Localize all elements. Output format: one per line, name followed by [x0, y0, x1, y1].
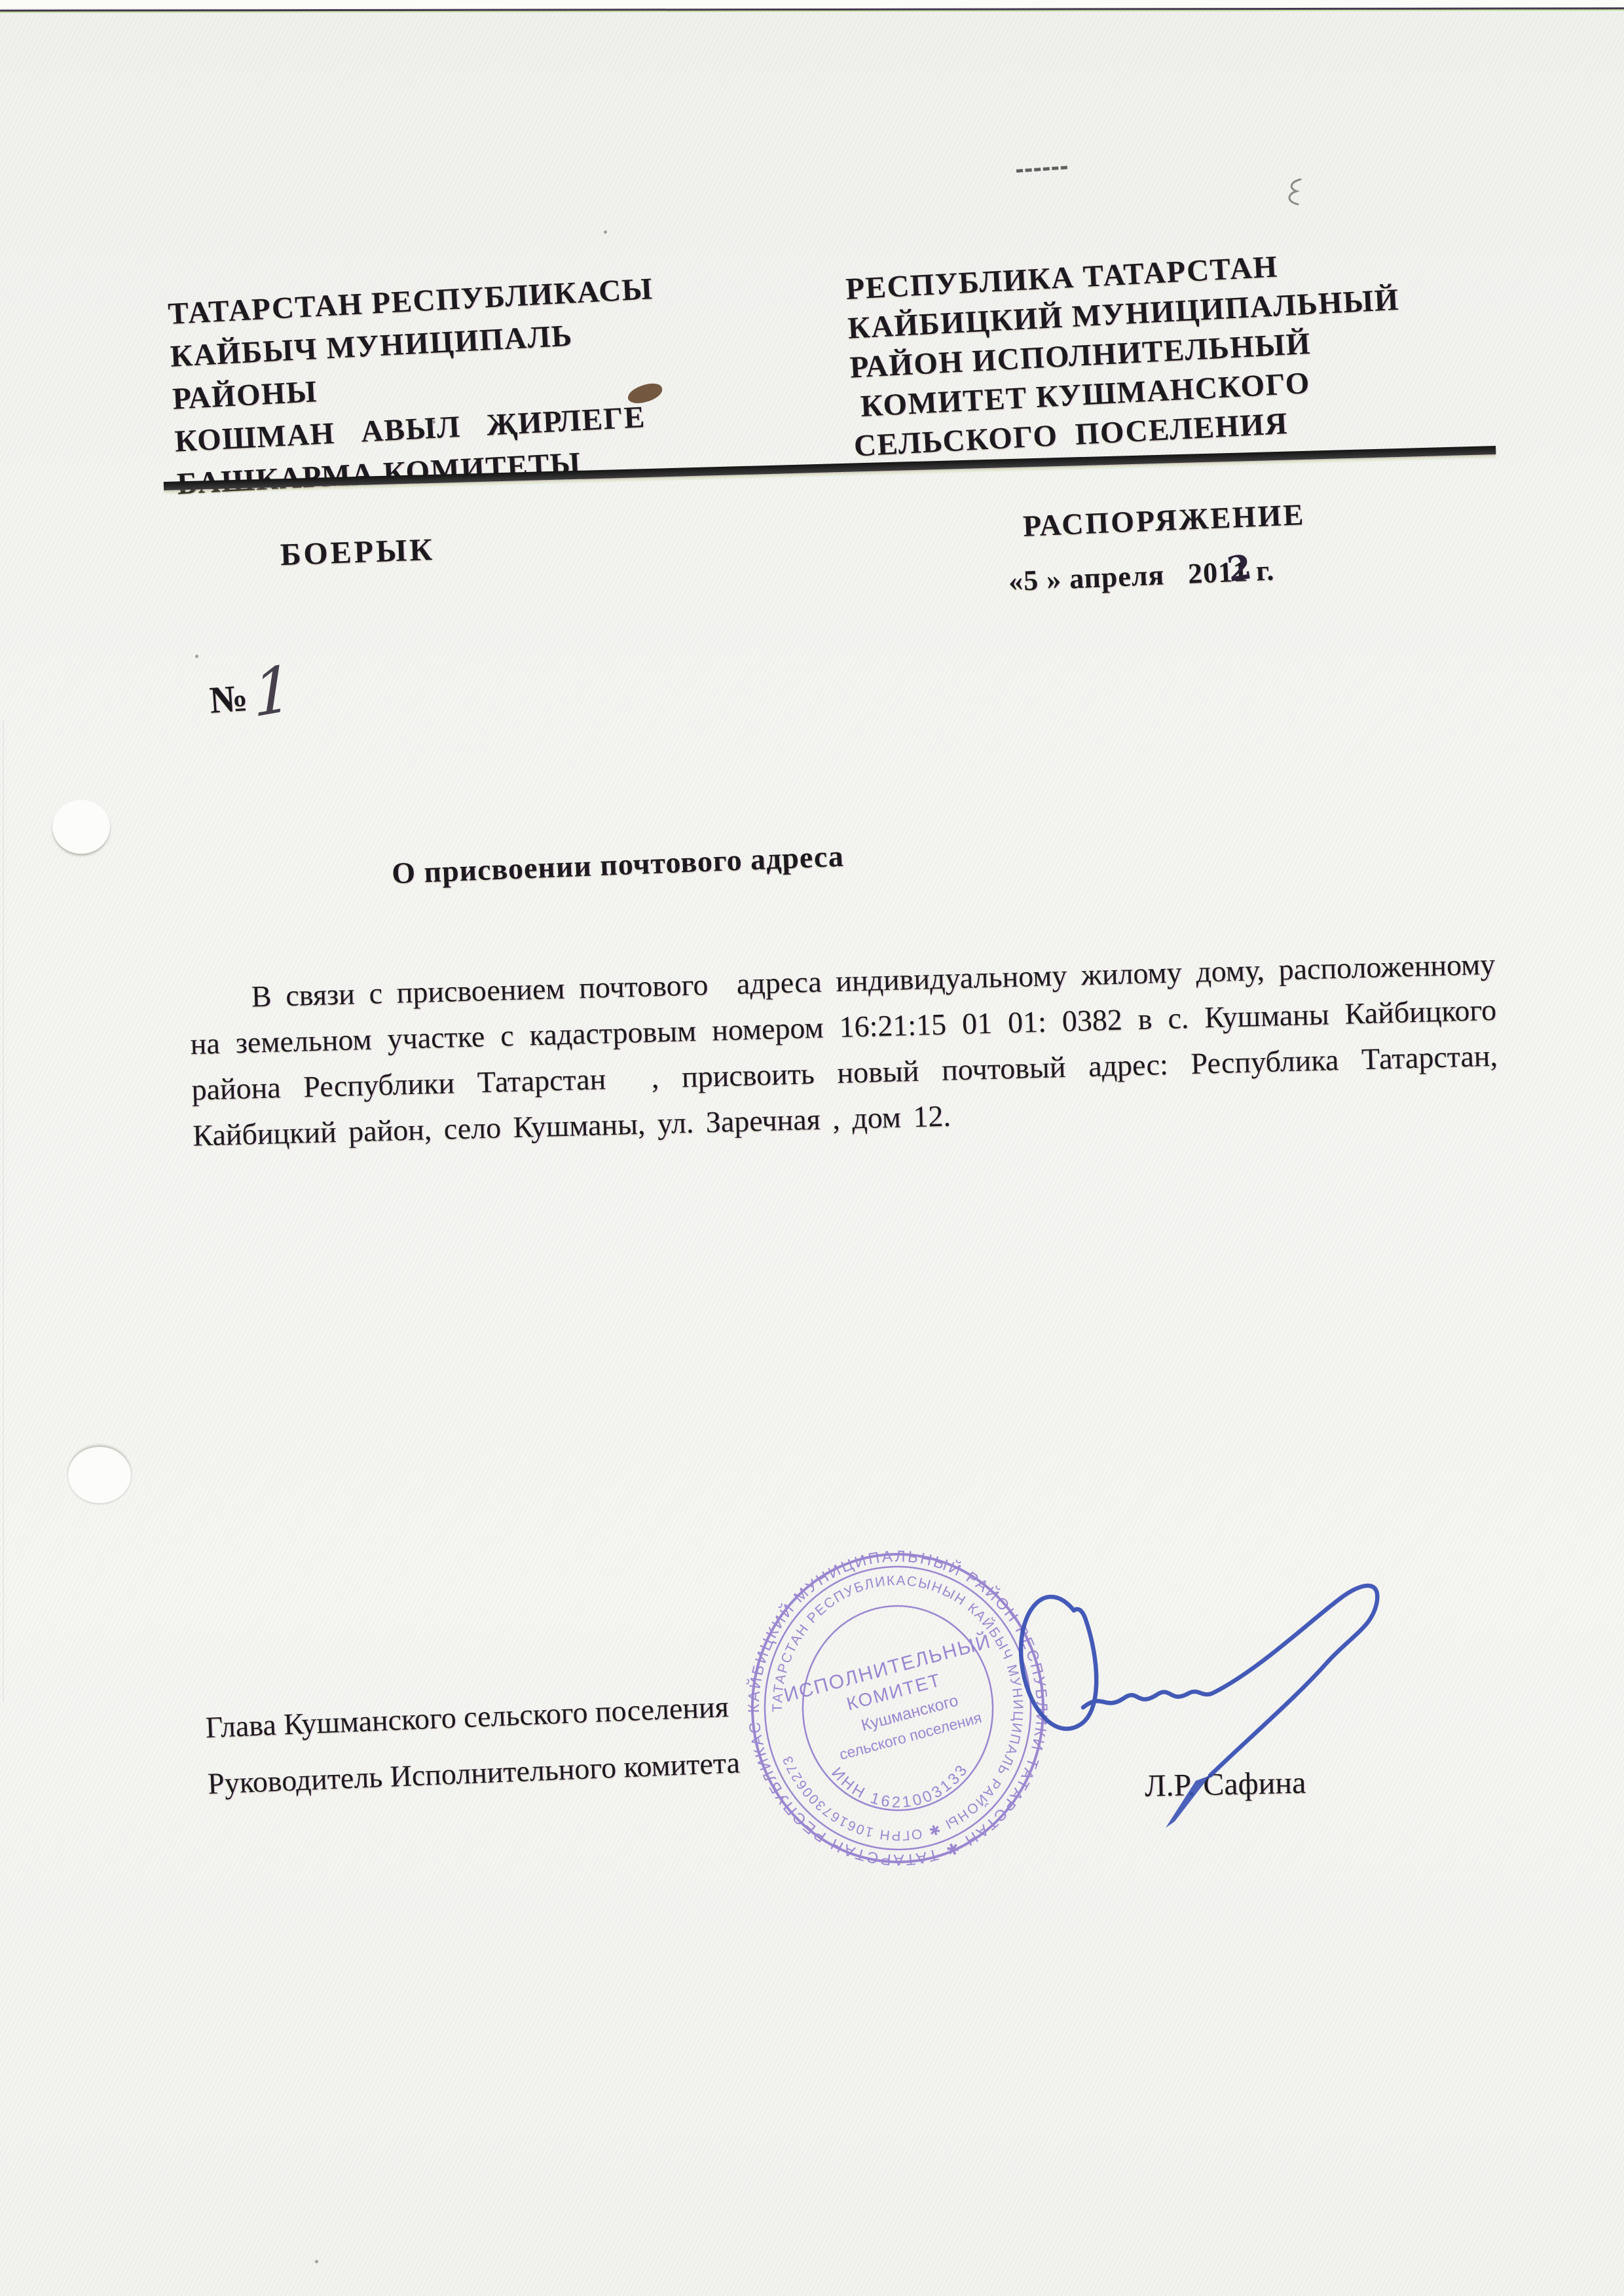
doc-number-handwritten-value: 1 [252, 656, 294, 726]
doc-title: О присвоении почтового адреса [391, 839, 844, 890]
doc-body-paragraph: В связи с присвоением почтового адреса и… [189, 941, 1500, 1159]
handwritten-signature [1001, 1550, 1433, 1838]
svg-text:ИНН 1621003133: ИНН 1621003133 [827, 1760, 973, 1814]
signature-pen-tail [1166, 1776, 1210, 1828]
scan-artifact-squiggle [1282, 175, 1308, 208]
punch-hole-top [52, 800, 110, 854]
scan-speck [432, 420, 435, 424]
scan-speck [604, 230, 607, 234]
punch-hole-bottom [68, 1447, 131, 1503]
doc-type-tatar: БОЕРЫК [280, 532, 435, 573]
scanned-document-page: ТАТАРСТАН РЕСПУБЛИКАСЫ КАЙБЫЧ МУНИЦИПАЛЬ… [0, 0, 1624, 2296]
doc-type-russian: РАСПОРЯЖЕНИЕ [1022, 497, 1306, 543]
letterhead-russian: РЕСПУБЛИКА ТАТАРСТАН КАЙБИЦКИЙ МУНИЦИПАЛ… [845, 240, 1430, 466]
doc-date-corrected-digit: 12 [1232, 555, 1249, 589]
doc-number-label: № [208, 676, 249, 722]
stamp-inn-text: ИНН 1621003133 [827, 1760, 973, 1814]
doc-date-prefix: «5 » апреля 201 [1008, 556, 1234, 597]
scan-speck [195, 655, 198, 658]
scan-artifact-dashes [1016, 166, 1067, 172]
handwritten-signature-svg [1001, 1550, 1433, 1838]
scan-speck [315, 2260, 318, 2263]
paper-left-edge-line [3, 720, 4, 1702]
doc-date: «5 » апреля 20112 г. [1008, 554, 1275, 598]
